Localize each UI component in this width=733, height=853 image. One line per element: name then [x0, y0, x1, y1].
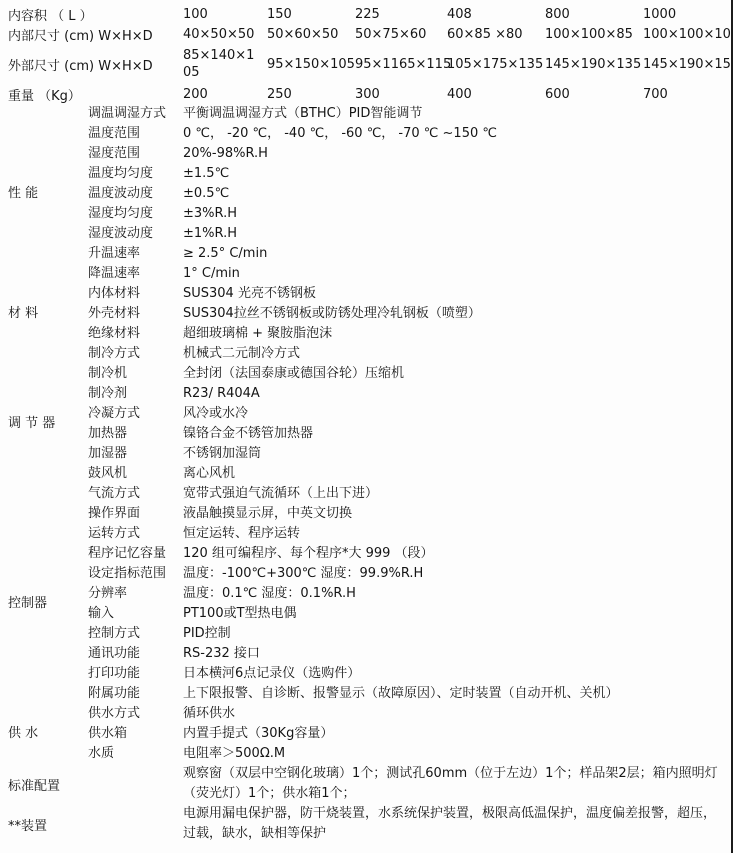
- param-value: RS-232 接口: [183, 644, 731, 664]
- group-label: [8, 744, 88, 764]
- table-row: 湿度范围 20%-98%R.H: [0, 144, 731, 164]
- spec-sheet-table: 内容积 （ L ） 100 150 225 408 800 1000 内部尺寸 …: [0, 0, 733, 853]
- param-label: 输入: [88, 604, 183, 624]
- table-row: 重量 （Kg） 200 250 300 400 600 700: [0, 84, 731, 104]
- spec-value: 145×190×135: [545, 57, 643, 72]
- param-label: 供水箱: [88, 724, 183, 744]
- param-label: 控制方式: [88, 624, 183, 644]
- spec-value: 300: [355, 87, 447, 102]
- group-label: [8, 104, 88, 124]
- param-value: ±3%R.H: [183, 204, 731, 224]
- group-label: [8, 364, 88, 384]
- param-label: 运转方式: [88, 524, 183, 544]
- table-row: 温度均匀度 ±1.5℃: [0, 164, 731, 184]
- table-row: 输入 PT100或T型热电偶: [0, 604, 731, 624]
- param-label: 冷凝方式: [88, 404, 183, 424]
- spec-value: 50×75×60: [355, 27, 447, 42]
- spec-value: 100×100×100: [643, 27, 733, 42]
- table-row: 供 水 供水箱 内置手提式（30Kg容量）: [0, 724, 731, 744]
- param-label: 水质: [88, 744, 183, 764]
- group-label: [8, 284, 88, 304]
- table-row: 内部尺寸 (cm) W×H×D 40×50×50 50×60×50 50×75×…: [0, 24, 731, 44]
- param-label: 附属功能: [88, 684, 183, 704]
- param-label: 外壳材料: [88, 304, 183, 324]
- table-row: 温度范围 0 ℃， -20 ℃， -40 ℃， -60 ℃， -70 ℃ ~15…: [0, 124, 731, 144]
- param-label: 鼓风机: [88, 464, 183, 484]
- param-label: 加热器: [88, 424, 183, 444]
- group-label: [8, 504, 88, 524]
- param-value: 1° C/min: [183, 264, 731, 284]
- param-label: 通讯功能: [88, 644, 183, 664]
- spec-value: 40×50×50: [183, 27, 267, 42]
- spec-value: 60×85 ×80: [447, 27, 545, 42]
- group-label: [8, 324, 88, 344]
- spec-value: 600: [545, 87, 643, 102]
- param-label: 湿度波动度: [88, 224, 183, 244]
- table-row: 供水方式 循环供水: [0, 704, 731, 724]
- param-value: 温度：-100℃+300℃ 湿度：99.9%R.H: [183, 564, 731, 584]
- group-label: 性 能: [8, 184, 88, 204]
- table-row: 绝缘材料 超细玻璃棉 + 聚胺脂泡沫: [0, 324, 731, 344]
- param-value: 液晶触摸显示屏，中英文切换: [183, 504, 731, 524]
- spec-value: 100: [183, 7, 267, 22]
- table-row: 性 能 温度波动度 ±0.5℃: [0, 184, 731, 204]
- footer-label: **装置: [8, 815, 183, 834]
- spec-param-block: 调温调湿方式 平衡调温调湿方式（BTHC）PID智能调节 温度范围 0 ℃， -…: [0, 104, 731, 764]
- group-label: [8, 464, 88, 484]
- table-row: 加湿器 不锈钢加湿筒: [0, 444, 731, 464]
- spec-row-label: 外部尺寸 (cm) W×H×D: [8, 55, 183, 74]
- param-value: ±1.5℃: [183, 164, 731, 184]
- table-row: **装置 电源用漏电保护器，防干烧装置，水系统保护装置，极限高低温保护，温度偏差…: [0, 804, 731, 844]
- spec-value: 145×190×155: [643, 57, 733, 72]
- group-label: 供 水: [8, 724, 88, 744]
- param-value: 内置手提式（30Kg容量）: [183, 724, 731, 744]
- table-row: 操作界面 液晶触摸显示屏，中英文切换: [0, 504, 731, 524]
- param-label: 升温速率: [88, 244, 183, 264]
- param-value: R23/ R404A: [183, 384, 731, 404]
- group-label: [8, 264, 88, 284]
- group-label: [8, 204, 88, 224]
- table-row: 控制方式 PID控制: [0, 624, 731, 644]
- table-row: 鼓风机 离心风机: [0, 464, 731, 484]
- param-value: ±0.5℃: [183, 184, 731, 204]
- table-row: 程序记忆容量 120 组可编程序、每个程序*大 999 （段）: [0, 544, 731, 564]
- spec-value: 95×1165×115: [355, 57, 447, 72]
- table-row: 打印功能 日本横河6点记录仪（选购件）: [0, 664, 731, 684]
- group-label: 调 节 器: [8, 414, 88, 434]
- param-label: 操作界面: [88, 504, 183, 524]
- param-value: 温度：0.1℃ 湿度：0.1%R.H: [183, 584, 731, 604]
- group-label: [8, 224, 88, 244]
- param-value: PID控制: [183, 624, 731, 644]
- spec-value: 100×100×85: [545, 27, 643, 42]
- spec-value: 50×60×50: [267, 27, 355, 42]
- param-value: 超细玻璃棉 + 聚胺脂泡沫: [183, 324, 731, 344]
- table-row: 调 节 器 冷凝方式 风冷或水冷: [0, 404, 731, 424]
- table-row: 加热器 镍铬合金不锈管加热器: [0, 424, 731, 444]
- group-label: 材 料: [8, 304, 88, 324]
- group-label: [8, 344, 88, 364]
- group-label: [8, 244, 88, 264]
- param-label: 设定指标范围: [88, 564, 183, 584]
- spec-row-label: 重量 （Kg）: [8, 85, 183, 104]
- param-value: 机械式二元制冷方式: [183, 344, 731, 364]
- param-value: 全封闭（法国泰康或德国谷轮）压缩机: [183, 364, 731, 384]
- spec-value: 800: [545, 7, 643, 22]
- spec-value: 200: [183, 87, 267, 102]
- group-label: 控制器: [8, 594, 88, 614]
- param-label: 分辨率: [88, 584, 183, 604]
- param-value: 循环供水: [183, 704, 731, 724]
- table-row: 升温速率 ≥ 2.5° C/min: [0, 244, 731, 264]
- group-label: [8, 484, 88, 504]
- group-label: [8, 664, 88, 684]
- table-row: 制冷剂 R23/ R404A: [0, 384, 731, 404]
- param-value: ≥ 2.5° C/min: [183, 244, 731, 264]
- footer-value: 观察窗（双层中空钢化玻璃）1个；测试孔60mm（位于左边）1个；样品架2层；箱内…: [183, 764, 731, 804]
- param-value: 镍铬合金不锈管加热器: [183, 424, 731, 444]
- param-value: 120 组可编程序、每个程序*大 999 （段）: [183, 544, 731, 564]
- param-value: 电阻率＞500Ω.M: [183, 744, 731, 764]
- param-label: 降温速率: [88, 264, 183, 284]
- group-label: [8, 564, 88, 584]
- group-label: [8, 544, 88, 564]
- group-label: [8, 704, 88, 724]
- param-label: 湿度范围: [88, 144, 183, 164]
- param-label: 温度均匀度: [88, 164, 183, 184]
- param-value: 0 ℃， -20 ℃， -40 ℃， -60 ℃， -70 ℃ ~150 ℃: [183, 124, 731, 144]
- table-row: 控制器 分辨率 温度：0.1℃ 湿度：0.1%R.H: [0, 584, 731, 604]
- param-value: ±1%R.H: [183, 224, 731, 244]
- spec-value: 408: [447, 7, 545, 22]
- table-row: 调温调湿方式 平衡调温调湿方式（BTHC）PID智能调节: [0, 104, 731, 124]
- param-label: 制冷机: [88, 364, 183, 384]
- param-value: PT100或T型热电偶: [183, 604, 731, 624]
- param-value: 宽带式强迫气流循环（上出下进）: [183, 484, 731, 504]
- param-label: 湿度均匀度: [88, 204, 183, 224]
- spec-value: 250: [267, 87, 355, 102]
- param-value: 风冷或水冷: [183, 404, 731, 424]
- param-label: 绝缘材料: [88, 324, 183, 344]
- spec-value: 225: [355, 7, 447, 22]
- spec-footer-block: 标准配置 观察窗（双层中空钢化玻璃）1个；测试孔60mm（位于左边）1个；样品架…: [0, 764, 731, 844]
- table-row: 制冷机 全封闭（法国泰康或德国谷轮）压缩机: [0, 364, 731, 384]
- group-label: [8, 124, 88, 144]
- spec-value: 105×175×135: [447, 57, 545, 72]
- table-row: 水质 电阻率＞500Ω.M: [0, 744, 731, 764]
- group-label: [8, 644, 88, 664]
- spec-value: 1000: [643, 7, 731, 22]
- table-row: 湿度波动度 ±1%R.H: [0, 224, 731, 244]
- param-label: 温度范围: [88, 124, 183, 144]
- table-row: 湿度均匀度 ±3%R.H: [0, 204, 731, 224]
- table-row: 标准配置 观察窗（双层中空钢化玻璃）1个；测试孔60mm（位于左边）1个；样品架…: [0, 764, 731, 804]
- table-row: 降温速率 1° C/min: [0, 264, 731, 284]
- table-row: 气流方式 宽带式强迫气流循环（上出下进）: [0, 484, 731, 504]
- param-label: 气流方式: [88, 484, 183, 504]
- spec-value: 85×140×105: [183, 47, 259, 81]
- param-value: 日本横河6点记录仪（选购件）: [183, 664, 731, 684]
- table-row: 运转方式 恒定运转、程序运转: [0, 524, 731, 544]
- group-label: [8, 384, 88, 404]
- param-value: 上下限报警、自诊断、报警显示（故障原因）、定时装置（自动开机、关机）: [183, 684, 731, 704]
- table-row: 外部尺寸 (cm) W×H×D 85×140×105 95×150×105 95…: [0, 44, 731, 84]
- group-label: [8, 444, 88, 464]
- table-row: 制冷方式 机械式二元制冷方式: [0, 344, 731, 364]
- group-label: [8, 624, 88, 644]
- param-label: 温度波动度: [88, 184, 183, 204]
- table-row: 内容积 （ L ） 100 150 225 408 800 1000: [0, 4, 731, 24]
- footer-value: 电源用漏电保护器，防干烧装置，水系统保护装置，极限高低温保护，温度偏差报警，超压…: [183, 804, 731, 844]
- param-label: 制冷剂: [88, 384, 183, 404]
- spec-value: 150: [267, 7, 355, 22]
- param-value: SUS304拉丝不锈钢板或防锈处理冷轧钢板（喷塑）: [183, 304, 731, 324]
- param-label: 内体材料: [88, 284, 183, 304]
- group-label: [8, 144, 88, 164]
- spec-value: 95×150×105: [267, 57, 355, 72]
- param-label: 打印功能: [88, 664, 183, 684]
- param-value: 不锈钢加湿筒: [183, 444, 731, 464]
- param-value: 离心风机: [183, 464, 731, 484]
- param-label: 调温调湿方式: [88, 104, 183, 124]
- param-label: 供水方式: [88, 704, 183, 724]
- param-value: 平衡调温调湿方式（BTHC）PID智能调节: [183, 104, 731, 124]
- param-value: 20%-98%R.H: [183, 144, 731, 164]
- spec-value: 400: [447, 87, 545, 102]
- table-row: 材 料 外壳材料 SUS304拉丝不锈钢板或防锈处理冷轧钢板（喷塑）: [0, 304, 731, 324]
- group-label: [8, 524, 88, 544]
- group-label: [8, 684, 88, 704]
- spec-value: 700: [643, 87, 731, 102]
- param-value: 恒定运转、程序运转: [183, 524, 731, 544]
- param-label: 制冷方式: [88, 344, 183, 364]
- table-row: 设定指标范围 温度：-100℃+300℃ 湿度：99.9%R.H: [0, 564, 731, 584]
- spec-row-label: 内容积 （ L ）: [8, 5, 183, 24]
- group-label: [8, 164, 88, 184]
- table-row: 内体材料 SUS304 光亮不锈钢板: [0, 284, 731, 304]
- param-value: SUS304 光亮不锈钢板: [183, 284, 731, 304]
- table-row: 通讯功能 RS-232 接口: [0, 644, 731, 664]
- spec-header-block: 内容积 （ L ） 100 150 225 408 800 1000 内部尺寸 …: [0, 4, 731, 104]
- param-label: 程序记忆容量: [88, 544, 183, 564]
- table-row: 附属功能 上下限报警、自诊断、报警显示（故障原因）、定时装置（自动开机、关机）: [0, 684, 731, 704]
- footer-label: 标准配置: [8, 775, 183, 794]
- spec-row-label: 内部尺寸 (cm) W×H×D: [8, 25, 183, 44]
- param-label: 加湿器: [88, 444, 183, 464]
